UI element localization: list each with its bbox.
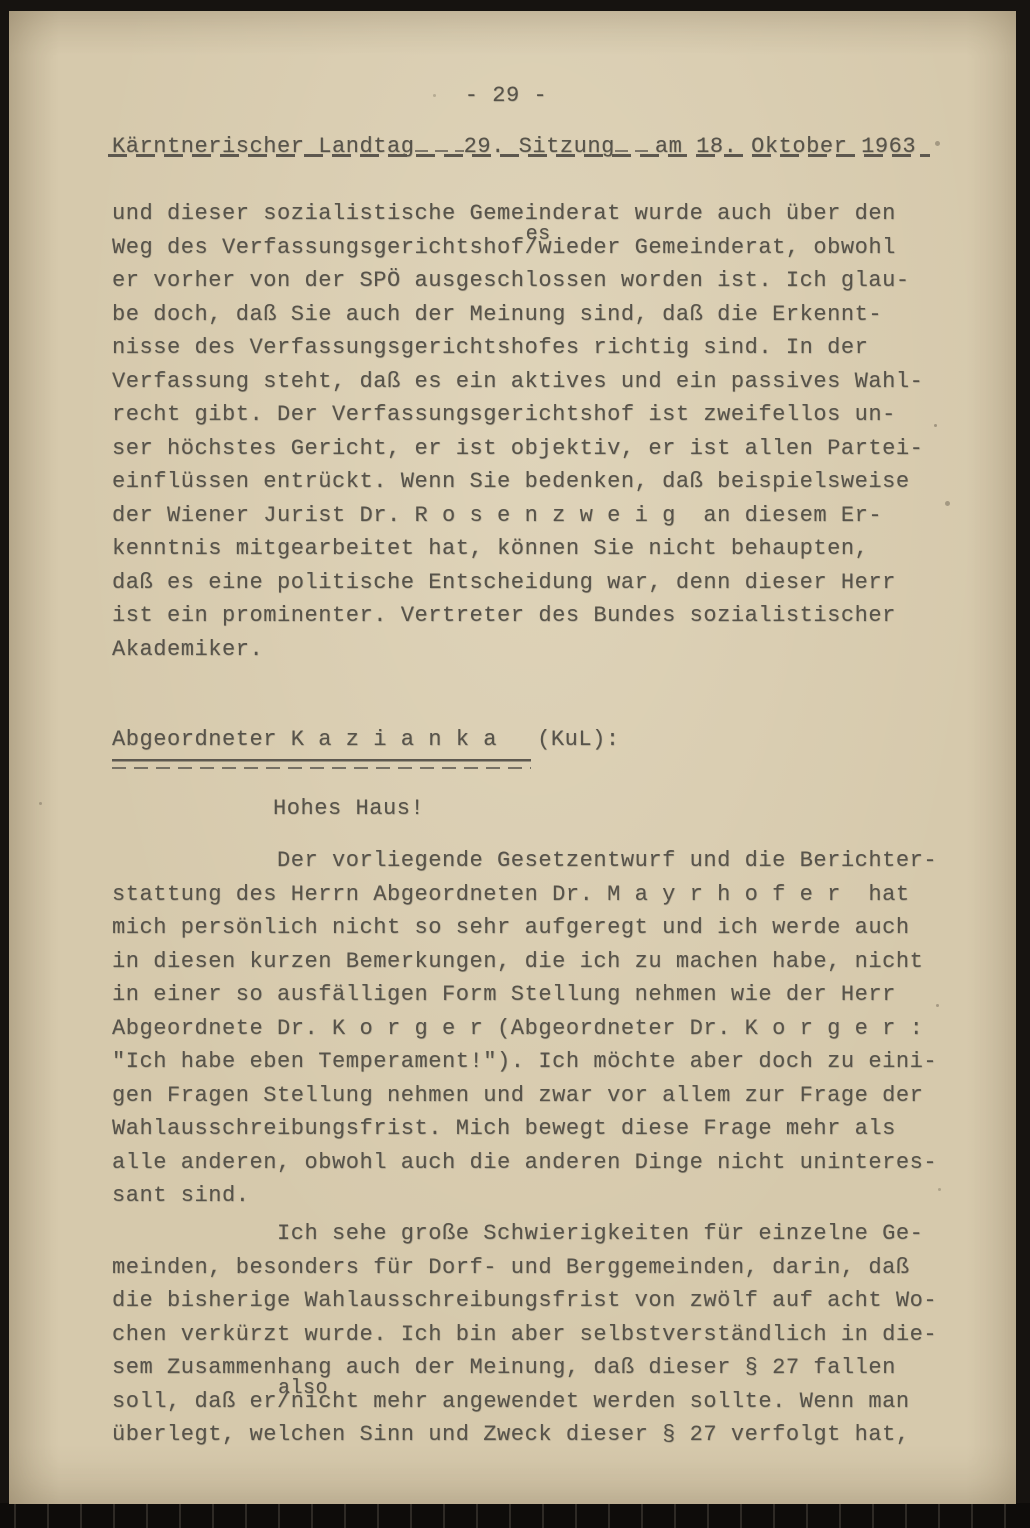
speech-paragraph-1: Der vorliegende Gesetzentwurf und die Be… [112, 844, 937, 1213]
speaker-name: Abgeordneter K a z i a n k a [112, 725, 531, 769]
page-number: - 29 - [90, 83, 922, 108]
text-line: er vorher von der SPÖ ausgeschlossen wor… [112, 264, 923, 298]
text-line: nisse des Verfassungsgerichtshofes richt… [112, 331, 923, 365]
text-line: und dieser sozialistische Gemeinderat wu… [112, 197, 923, 231]
text-line: Verfassung steht, daß es ein aktives und… [112, 365, 923, 399]
text-line: soll, daß eralso/nicht mehr angewendet w… [112, 1385, 937, 1419]
text-line: be doch, daß Sie auch der Meinung sind, … [112, 298, 923, 332]
typed-insertion: es/ [525, 235, 539, 260]
text-line: gen Fragen Stellung nehmen und zwar vor … [112, 1079, 937, 1113]
typed-insertion: also/ [277, 1389, 291, 1414]
text-line: Der vorliegende Gesetzentwurf und die Be… [112, 844, 937, 878]
header-tab-dash [615, 130, 655, 152]
text-line: "Ich habe eben Temperament!"). Ich möcht… [112, 1045, 937, 1079]
scanned-page: - 29 - Kärntnerischer Landtag29. Sitzung… [0, 0, 1030, 1528]
text-line: meinden, besonders für Dorf- und Berggem… [112, 1251, 937, 1285]
text-line: ser höchstes Gericht, er ist objektiv, e… [112, 432, 923, 466]
text-line: der Wiener Jurist Dr. R o s e n z w e i … [112, 499, 923, 533]
speaker-heading: Abgeordneter K a z i a n k a(KuL): [112, 725, 620, 769]
text-line: überlegt, welchen Sinn und Zweck dieser … [112, 1418, 937, 1452]
text-line: sem Zusammenhang auch der Meinung, daß d… [112, 1351, 937, 1385]
text-line: kenntnis mitgearbeitet hat, können Sie n… [112, 532, 923, 566]
paper-sheet: - 29 - Kärntnerischer Landtag29. Sitzung… [9, 11, 1016, 1504]
text-line: ist ein prominenter. Vertreter des Bunde… [112, 599, 923, 633]
text-line: einflüssen entrückt. Wenn Sie bedenken, … [112, 465, 923, 499]
text-line: recht gibt. Der Verfassungsgerichtshof i… [112, 398, 923, 432]
text-line: stattung des Herrn Abgeordneten Dr. M a … [112, 878, 937, 912]
salutation: Hohes Haus! [273, 794, 424, 824]
text-line: in einer so ausfälligen Form Stellung ne… [112, 978, 937, 1012]
text-line: Akademiker. [112, 633, 923, 667]
header-underline [108, 154, 930, 157]
scan-film-band [0, 1503, 1030, 1528]
text-line: chen verkürzt wurde. Ich bin aber selbst… [112, 1318, 937, 1352]
text-line: in diesen kurzen Bemerkungen, die ich zu… [112, 945, 937, 979]
text-line: Weg des Verfassungsgerichtshofes/wieder … [112, 231, 923, 265]
text-line: sant sind. [112, 1179, 937, 1213]
text-line: mich persönlich nicht so sehr aufgeregt … [112, 911, 937, 945]
text-line: alle anderen, obwohl auch die anderen Di… [112, 1146, 937, 1180]
header-tab-dash [415, 130, 464, 152]
text-line: die bisherige Wahlausschreibungsfrist vo… [112, 1284, 937, 1318]
text-line: Abgeordnete Dr. K o r g e r (Abgeordnete… [112, 1012, 937, 1046]
speaker-party: (KuL): [537, 727, 620, 752]
speech-previous-paragraph: und dieser sozialistische Gemeinderat wu… [112, 197, 923, 666]
text-line: Wahlausschreibungsfrist. Mich bewegt die… [112, 1112, 937, 1146]
text-line: daß es eine politische Entscheidung war,… [112, 566, 923, 600]
text-line: Ich sehe große Schwierigkeiten für einze… [112, 1217, 937, 1251]
speech-paragraph-2: Ich sehe große Schwierigkeiten für einze… [112, 1217, 937, 1452]
